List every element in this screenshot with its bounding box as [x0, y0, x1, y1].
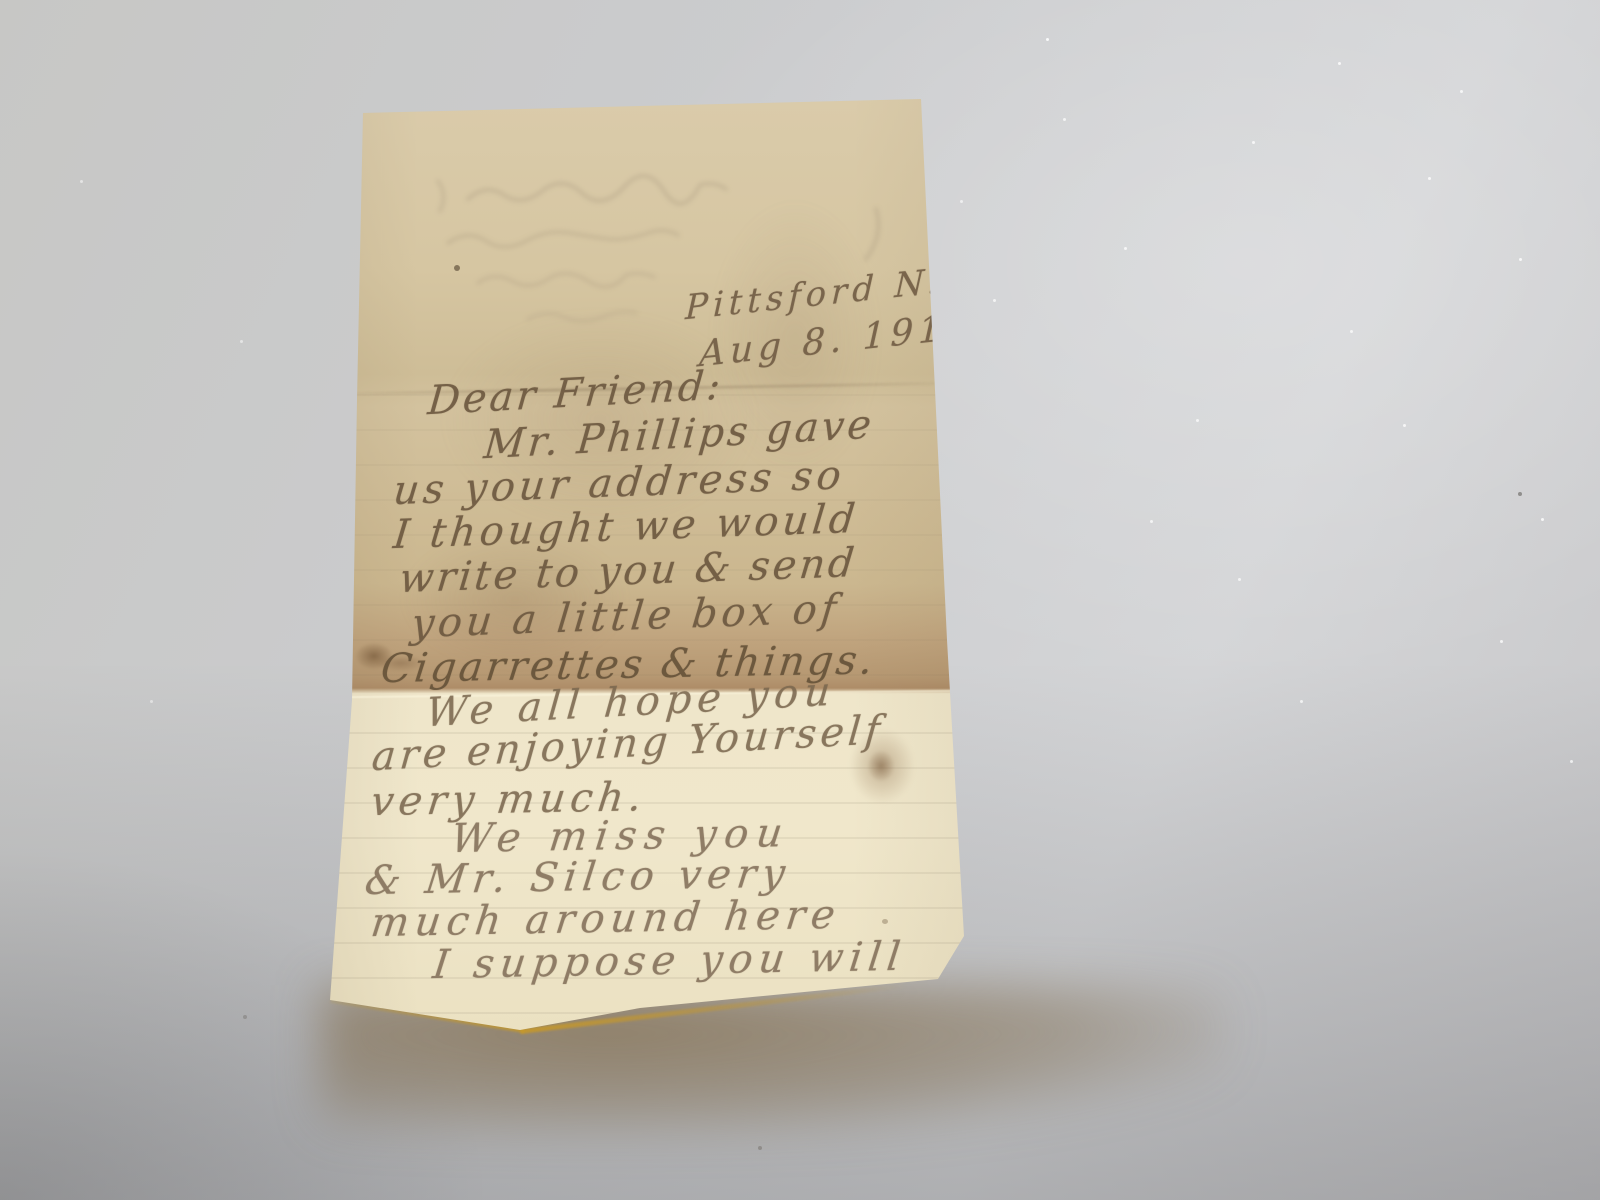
water-stain-core: [868, 751, 894, 781]
photo-of-handwritten-letter: Pittsford N.Y.Aug 8. 1918Dear Friend:Mr.…: [0, 0, 1600, 1200]
letter-paper: Pittsford N.Y.Aug 8. 1918Dear Friend:Mr.…: [330, 99, 966, 1031]
wall-dark-specks: [1518, 492, 1522, 496]
paper-speck: [882, 919, 888, 924]
handwriting-line-body: I suppose you will: [430, 934, 908, 988]
wall-speckles: [1046, 38, 1049, 41]
